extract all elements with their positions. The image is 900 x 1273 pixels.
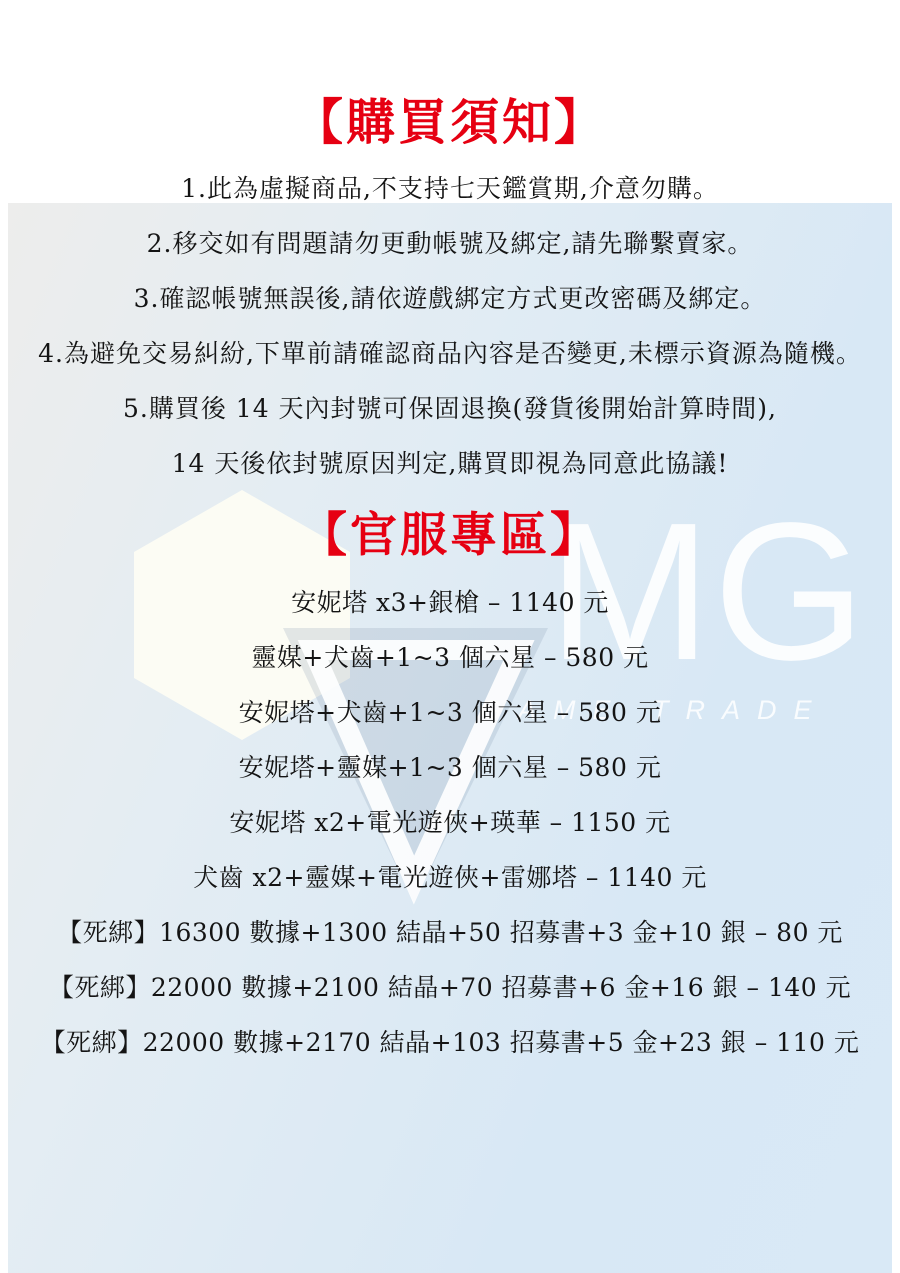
notice-list: 1.此為虛擬商品,不支持七天鑑賞期,介意勿購。 2.移交如有問題請勿更動帳號及綁… <box>0 161 900 491</box>
notice-line-1: 1.此為虛擬商品,不支持七天鑑賞期,介意勿購。 <box>0 161 900 216</box>
notice-line-3: 3.確認帳號無誤後,請依遊戲綁定方式更改密碼及綁定。 <box>0 271 900 326</box>
shop-item-1: 安妮塔 x3+銀槍 – 1140 元 <box>0 575 900 630</box>
sales-notice-poster: MG GAME TRADE 【購買須知】 1.此為虛擬商品,不支持七天鑑賞期,介… <box>0 0 900 1273</box>
shop-section-title: 【官服專區】 <box>0 498 900 565</box>
shop-item-4: 安妮塔+靈媒+1~3 個六星 – 580 元 <box>0 740 900 795</box>
shop-item-8: 【死綁】22000 數據+2100 結晶+70 招募書+6 金+16 銀 – 1… <box>0 960 900 1015</box>
notice-line-6: 14 天後依封號原因判定,購買即視為同意此協議! <box>0 436 900 491</box>
notice-section-title: 【購買須知】 <box>0 84 900 154</box>
shop-item-3: 安妮塔+犬齒+1~3 個六星 – 580 元 <box>0 685 900 740</box>
notice-line-4: 4.為避免交易糾紛,下單前請確認商品內容是否變更,未標示資源為隨機。 <box>0 326 900 381</box>
shop-item-2: 靈媒+犬齒+1~3 個六星 – 580 元 <box>0 630 900 685</box>
notice-line-5: 5.購買後 14 天內封號可保固退換(發貨後開始計算時間), <box>0 381 900 436</box>
shop-item-5: 安妮塔 x2+電光遊俠+瑛華 – 1150 元 <box>0 795 900 850</box>
shop-item-6: 犬齒 x2+靈媒+電光遊俠+雷娜塔 – 1140 元 <box>0 850 900 905</box>
shop-item-7: 【死綁】16300 數據+1300 結晶+50 招募書+3 金+10 銀 – 8… <box>0 905 900 960</box>
shop-item-9: 【死綁】22000 數據+2170 結晶+103 招募書+5 金+23 銀 – … <box>0 1015 900 1070</box>
notice-line-2: 2.移交如有問題請勿更動帳號及綁定,請先聯繫賣家。 <box>0 216 900 271</box>
shop-item-list: 安妮塔 x3+銀槍 – 1140 元 靈媒+犬齒+1~3 個六星 – 580 元… <box>0 575 900 1070</box>
